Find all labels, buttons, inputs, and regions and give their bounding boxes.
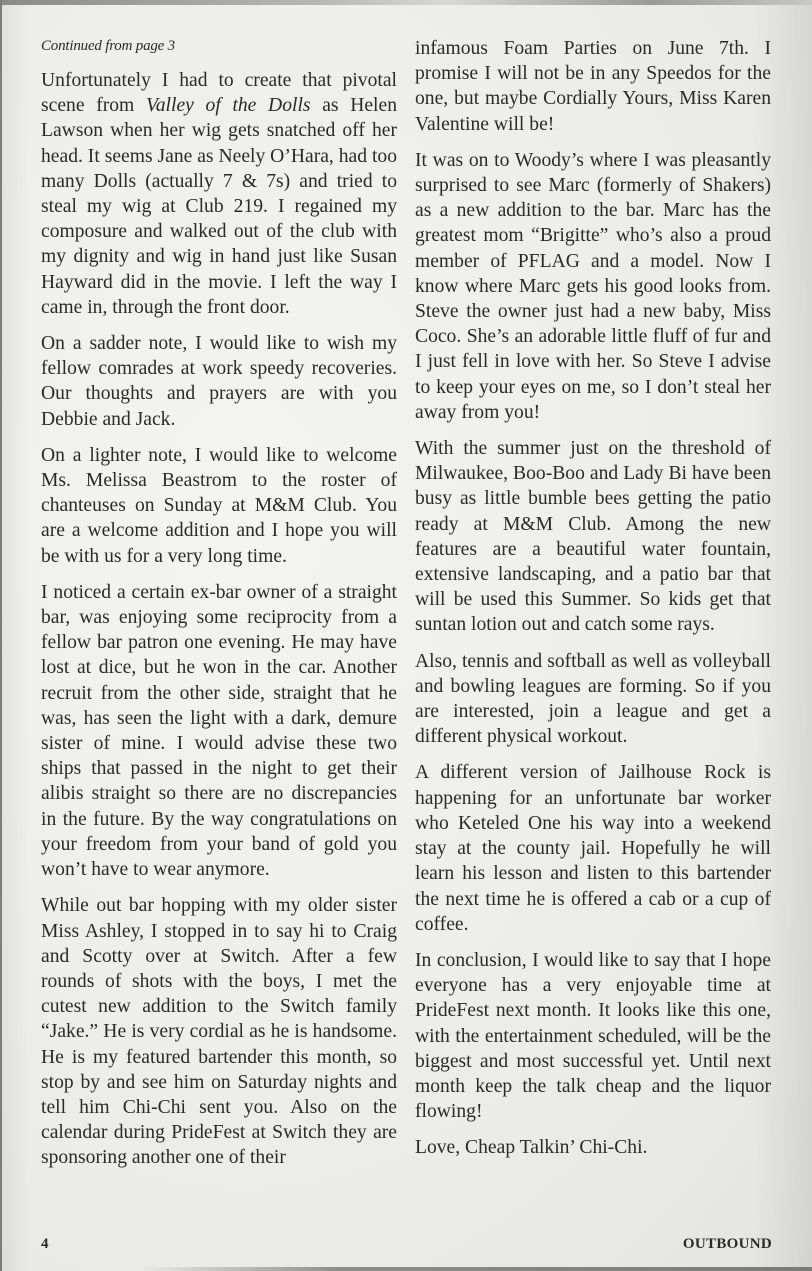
paragraph-valley-of-the-dolls: Unfortunately I had to create that pivot… [41, 68, 397, 320]
paragraph-sadder-note: On a sadder note, I would like to wish m… [41, 331, 397, 432]
publication-name: OUTBOUND [683, 1236, 772, 1253]
book-title: Valley of the Dolls [146, 95, 311, 116]
paragraph-text: as Helen Lawson when her wig gets snatch… [41, 95, 397, 318]
paragraph-foam-parties: infamous Foam Parties on June 7th. I pro… [415, 36, 771, 137]
signature: Love, Cheap Talkin’ Chi-Chi. [415, 1135, 771, 1160]
right-column: infamous Foam Parties on June 7th. I pro… [415, 36, 771, 1172]
paragraph-lighter-note: On a lighter note, I would like to welco… [41, 443, 397, 569]
left-column: Continued from page 3 Unfortunately I ha… [41, 36, 397, 1182]
paragraph-conclusion: In conclusion, I would like to say that … [415, 948, 771, 1124]
paragraph-leagues: Also, tennis and softball as well as vol… [415, 649, 771, 750]
paragraph-jailhouse-rock: A different version of Jailhouse Rock is… [415, 760, 771, 936]
paragraph-woodys: It was on to Woody’s where I was pleas­a… [415, 148, 771, 425]
page-number: 4 [41, 1236, 49, 1253]
paragraph-summer-patio: With the summer just on the threshold of… [415, 436, 771, 638]
magazine-page: Continued from page 3 Unfortunately I ha… [0, 0, 812, 1271]
continued-note: Continued from page 3 [41, 36, 397, 56]
page-left-edge [0, 0, 2, 1271]
page-top-edge-shadow [0, 0, 812, 5]
page-bottom-edge-shadow [140, 1267, 812, 1271]
paragraph-bar-hopping: While out bar hopping with my older sist… [41, 893, 397, 1170]
paragraph-ex-bar-owner: I noticed a certain ex-bar owner of a st… [41, 580, 397, 882]
